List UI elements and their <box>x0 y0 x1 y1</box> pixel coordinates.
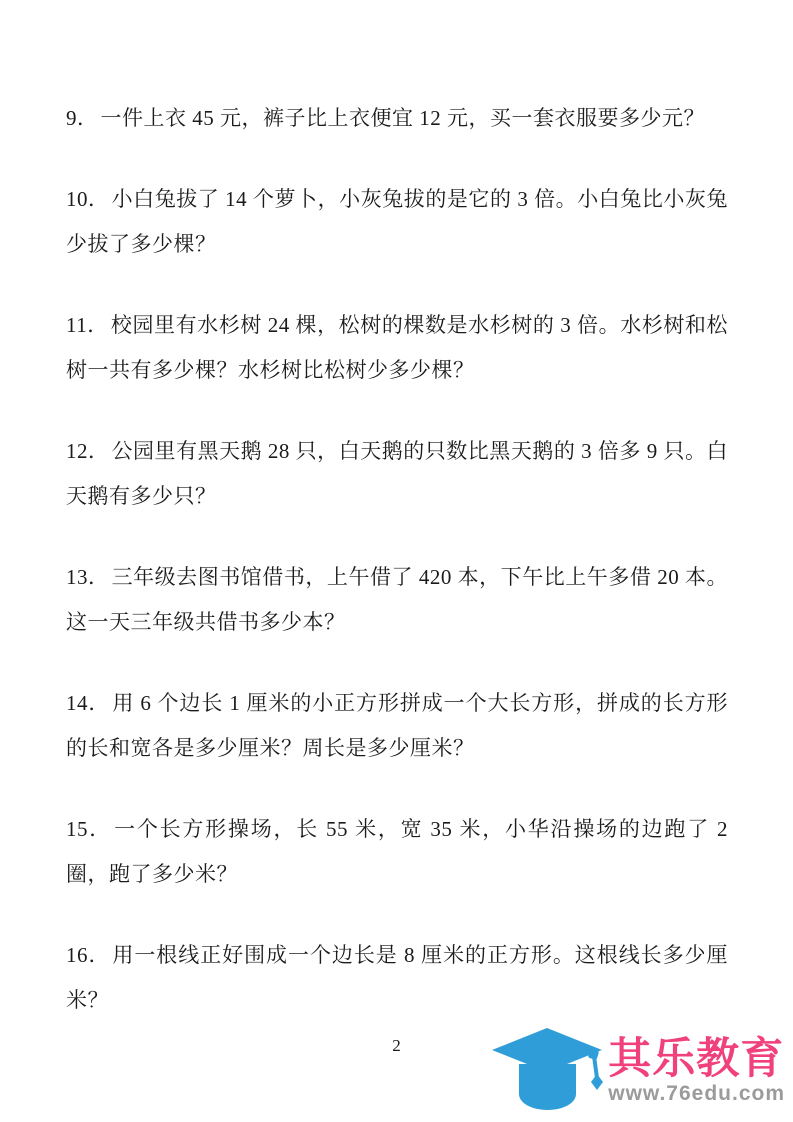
question-text: 用 6 个边长 1 厘米的小正方形拼成一个大长方形，拼成的长方形的长和宽各是多少… <box>66 691 728 760</box>
question-text: 三年级去图书馆借书，上午借了 420 本，下午比上午多借 20 本。这一天三年级… <box>66 565 728 634</box>
question-text: 公园里有黑天鹅 28 只，白天鹅的只数比黑天鹅的 3 倍多 9 只。白天鹅有多少… <box>66 439 728 508</box>
brand-name: 其乐教育 <box>608 1036 784 1082</box>
question-16: 16．用一根线正好围成一个边长是 8 厘米的正方形。这根线长多少厘米？ <box>66 933 728 1023</box>
question-14: 14．用 6 个边长 1 厘米的小正方形拼成一个大长方形，拼成的长方形的长和宽各… <box>66 681 728 771</box>
question-9: 9．一件上衣 45 元，裤子比上衣便宜 12 元，买一套衣服要多少元？ <box>66 96 728 141</box>
question-number: 14． <box>66 691 110 715</box>
question-number: 10． <box>66 187 110 211</box>
question-15: 15．一个长方形操场，长 55 米，宽 35 米，小华沿操场的边跑了 2 圈，跑… <box>66 807 728 897</box>
question-text: 小白兔拔了 14 个萝卜，小灰兔拔的是它的 3 倍。小白兔比小灰兔少拔了多少棵？ <box>66 187 728 256</box>
question-list: 9．一件上衣 45 元，裤子比上衣便宜 12 元，买一套衣服要多少元？ 10．小… <box>66 96 728 1059</box>
question-number: 9． <box>66 106 99 130</box>
question-text: 一件上衣 45 元，裤子比上衣便宜 12 元，买一套衣服要多少元？ <box>101 106 706 130</box>
question-13: 13．三年级去图书馆借书，上午借了 420 本，下午比上午多借 20 本。这一天… <box>66 555 728 645</box>
question-number: 13． <box>66 565 110 589</box>
brand-url: www.76edu.com <box>608 1082 785 1105</box>
question-12: 12．公园里有黑天鹅 28 只，白天鹅的只数比黑天鹅的 3 倍多 9 只。白天鹅… <box>66 429 728 519</box>
question-number: 15． <box>66 817 112 841</box>
question-number: 16． <box>66 943 110 967</box>
graduation-cap-icon <box>486 1026 608 1114</box>
question-number: 11． <box>66 313 109 337</box>
question-text: 校园里有水杉树 24 棵，松树的棵数是水杉树的 3 倍。水杉树和松树一共有多少棵… <box>66 313 728 382</box>
question-text: 一个长方形操场，长 55 米，宽 35 米，小华沿操场的边跑了 2 圈，跑了多少… <box>66 817 728 886</box>
question-11: 11．校园里有水杉树 24 棵，松树的棵数是水杉树的 3 倍。水杉树和松树一共有… <box>66 303 728 393</box>
worksheet-page: 9．一件上衣 45 元，裤子比上衣便宜 12 元，买一套衣服要多少元？ 10．小… <box>0 0 793 1122</box>
question-text: 用一根线正好围成一个边长是 8 厘米的正方形。这根线长多少厘米？ <box>66 943 728 1012</box>
publisher-watermark: 其乐教育 www.76edu.com <box>486 1026 785 1114</box>
watermark-text: 其乐教育 www.76edu.com <box>608 1036 785 1105</box>
question-number: 12． <box>66 439 110 463</box>
question-10: 10．小白兔拔了 14 个萝卜，小灰兔拔的是它的 3 倍。小白兔比小灰兔少拔了多… <box>66 177 728 267</box>
